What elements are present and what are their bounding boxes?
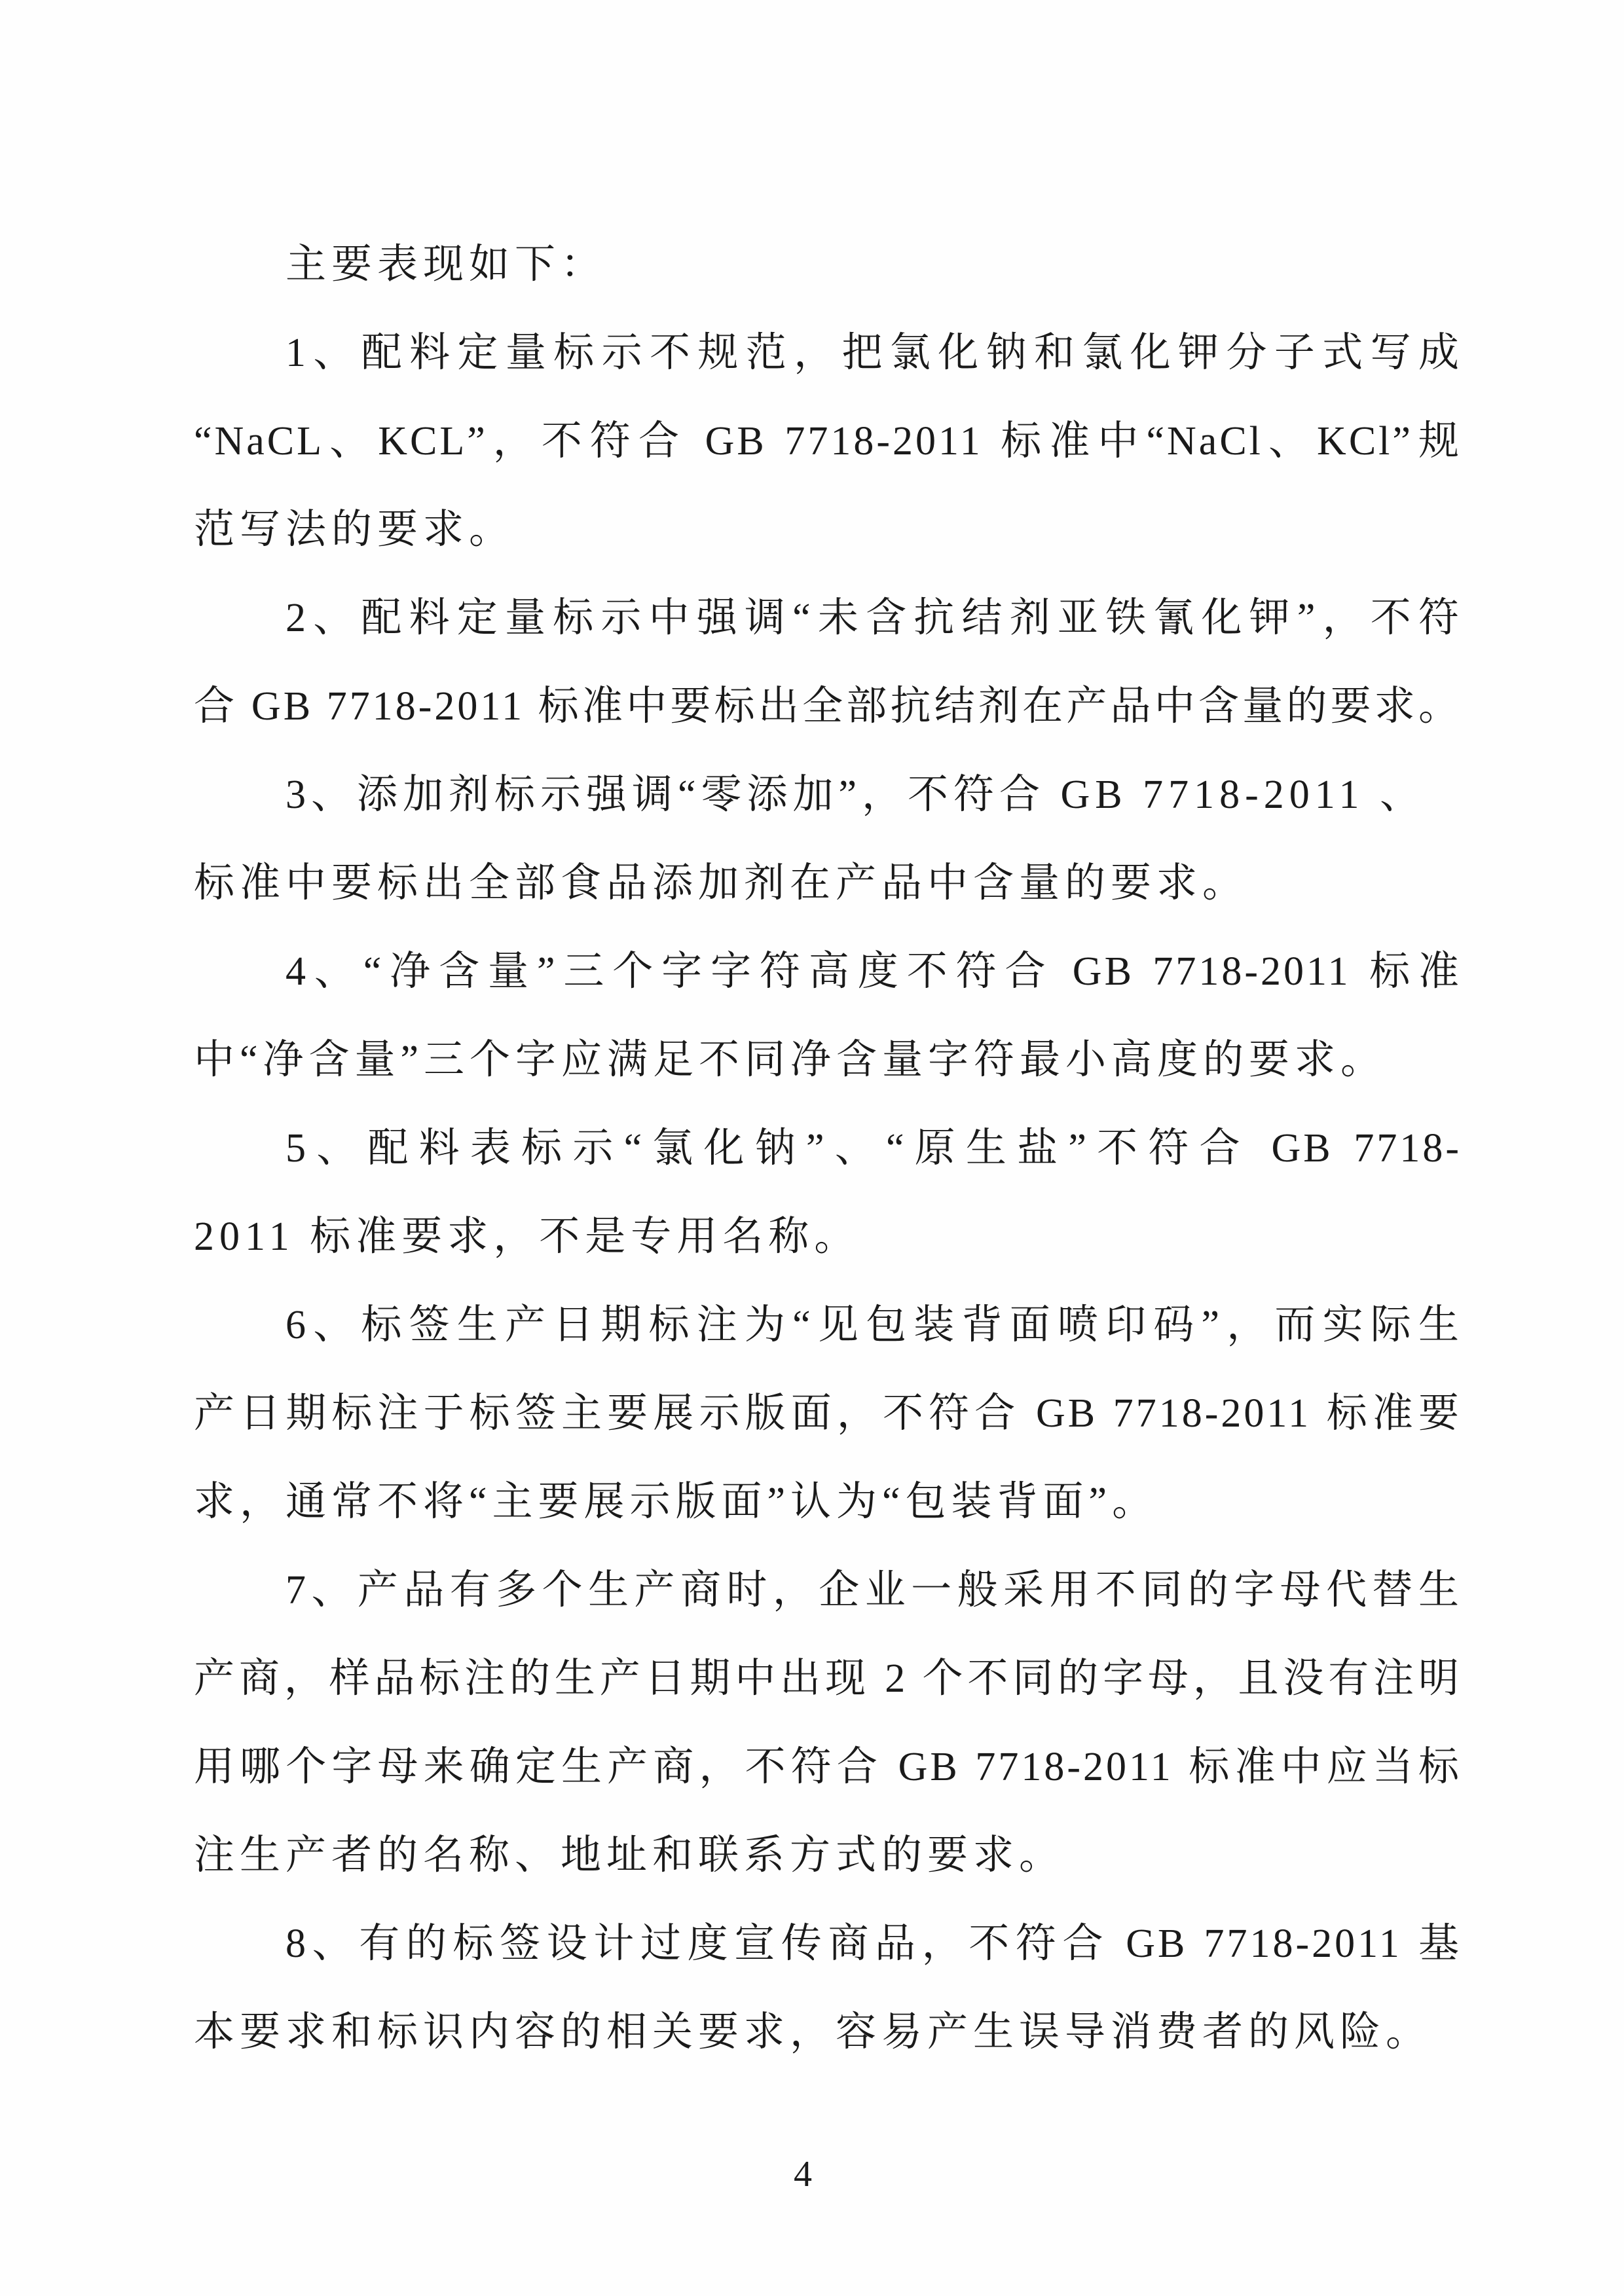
text-line: 6、标签生产日期标注为“见包装背面喷印码”，而实际生: [194, 1281, 1462, 1370]
text-line: 中“净含量”三个字应满足不同净含量字符最小高度的要求。: [194, 1016, 1462, 1104]
text-line: 5、配料表标示“氯化钠”、“原生盐”不符合 GB 7718-: [194, 1104, 1462, 1193]
text-line: 范写法的要求。: [194, 486, 1462, 574]
text-line: 主要表现如下：: [194, 221, 1462, 309]
text-line: 4、“净含量”三个字字符高度不符合 GB 7718-2011 标准: [194, 928, 1462, 1016]
text-line: 求，通常不将“主要展示版面”认为“包装背面”。: [194, 1458, 1462, 1546]
text-line: 7、产品有多个生产商时，企业一般采用不同的字母代替生: [194, 1546, 1462, 1635]
text-line: 用哪个字母来确定生产商，不符合 GB 7718-2011 标准中应当标: [194, 1723, 1462, 1812]
text-line: 3、添加剂标示强调“零添加”，不符合 GB 7718-2011 、: [194, 751, 1462, 839]
text-line: 8、有的标签设计过度宣传商品，不符合 GB 7718-2011 基: [194, 1900, 1462, 1988]
text-line: 产商，样品标注的生产日期中出现 2 个不同的字母，且没有注明: [194, 1635, 1462, 1723]
text-line: 标准中要标出全部食品添加剂在产品中含量的要求。: [194, 839, 1462, 928]
text-line: 2011 标准要求，不是专用名称。: [194, 1193, 1462, 1281]
text-line: 产日期标注于标签主要展示版面，不符合 GB 7718-2011 标准要: [194, 1370, 1462, 1458]
text-line: 1、配料定量标示不规范，把氯化钠和氯化钾分子式写成: [194, 309, 1462, 397]
document-body: 主要表现如下：1、配料定量标示不规范，把氯化钠和氯化钾分子式写成“NaCL、KC…: [194, 221, 1462, 2077]
text-line: 注生产者的名称、地址和联系方式的要求。: [194, 1812, 1462, 1900]
text-line: 合 GB 7718-2011 标准中要标出全部抗结剂在产品中含量的要求。: [194, 663, 1462, 751]
text-line: “NaCL、KCL”，不符合 GB 7718-2011 标准中“NaCl、KCl…: [194, 397, 1462, 486]
page-number: 4: [0, 2151, 1606, 2197]
text-line: 2、配料定量标示中强调“未含抗结剂亚铁氰化钾”，不符: [194, 574, 1462, 663]
text-line: 本要求和标识内容的相关要求，容易产生误导消费者的风险。: [194, 1988, 1462, 2077]
document-page: 主要表现如下：1、配料定量标示不规范，把氯化钠和氯化钾分子式写成“NaCL、KC…: [0, 0, 1624, 2296]
